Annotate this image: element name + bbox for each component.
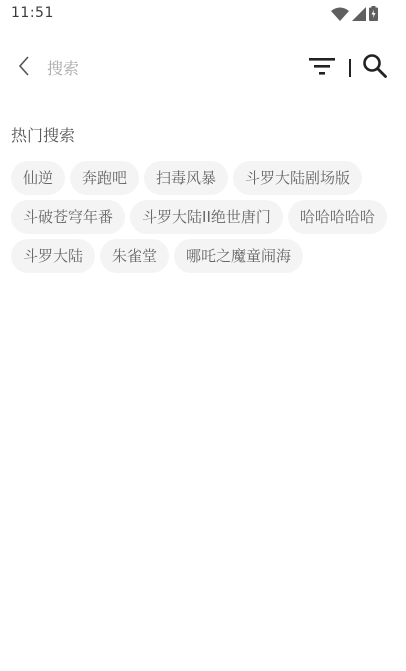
search-bar	[0, 48, 406, 88]
filter-button[interactable]	[308, 56, 336, 80]
battery-charging-icon	[369, 6, 378, 25]
hot-search-tag[interactable]: 哈哈哈哈哈	[288, 200, 387, 234]
wifi-icon	[331, 6, 349, 25]
chevron-left-icon	[17, 55, 31, 81]
hot-search-tag[interactable]: 斗罗大陆剧场版	[233, 161, 362, 195]
toolbar-divider	[349, 59, 351, 77]
hot-search-title: 热门搜索	[11, 123, 75, 146]
back-button[interactable]	[12, 54, 36, 82]
status-time: 11:51	[11, 5, 54, 21]
hot-search-tag[interactable]: 扫毒风暴	[144, 161, 228, 195]
cell-signal-icon	[352, 6, 366, 25]
hot-search-tag[interactable]: 奔跑吧	[70, 161, 139, 195]
hot-search-tag[interactable]: 斗罗大陆	[11, 239, 95, 273]
search-input[interactable]	[47, 54, 287, 82]
hot-search-tags: 仙逆 奔跑吧 扫毒风暴 斗罗大陆剧场版 斗破苍穹年番 斗罗大陆II绝世唐门 哈哈…	[11, 161, 396, 273]
hot-search-tag[interactable]: 仙逆	[11, 161, 65, 195]
hot-search-tag[interactable]: 斗破苍穹年番	[11, 200, 125, 234]
search-icon	[362, 53, 388, 83]
hot-search-tag[interactable]: 斗罗大陆II绝世唐门	[130, 200, 283, 234]
filter-icon	[308, 56, 336, 80]
hot-search-tag[interactable]: 朱雀堂	[100, 239, 169, 273]
status-bar: 11:51	[0, 0, 406, 28]
hot-search-tag[interactable]: 哪吒之魔童闹海	[174, 239, 303, 273]
status-icons	[331, 6, 378, 25]
search-button[interactable]	[361, 54, 389, 82]
